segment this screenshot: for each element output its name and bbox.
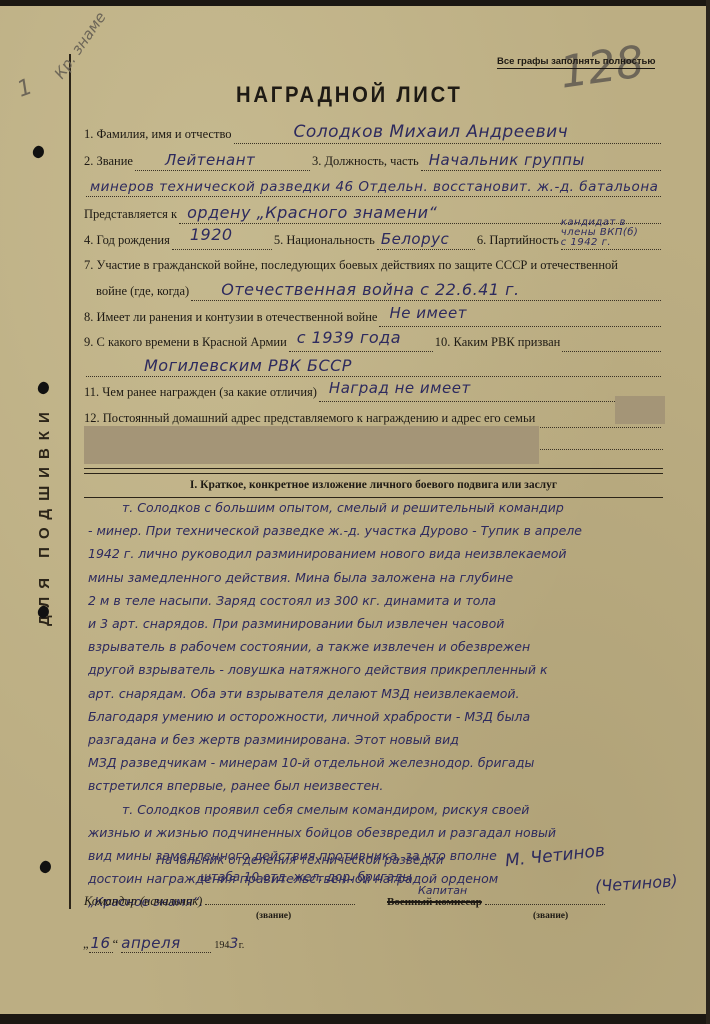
date-g: г. bbox=[239, 940, 244, 951]
field-label: 1. Фамилия, имя и отчество bbox=[84, 127, 232, 144]
commissar-row: Военный комиссар bbox=[387, 894, 605, 909]
field-label: Представляется к bbox=[84, 207, 177, 224]
field-position-continued: минеров технической разведки 46 Отдельн.… bbox=[84, 175, 663, 197]
field-value: Начальник группы bbox=[429, 151, 585, 169]
field-value: Лейтенант bbox=[165, 151, 255, 169]
field-label: войне (где, когда) bbox=[96, 284, 189, 301]
scan-edge bbox=[706, 0, 710, 1024]
date-row: „16“ апреля 1943г. bbox=[83, 934, 244, 953]
signer-position-line2: штаба 10 отд. жел. дор. бригады bbox=[200, 870, 412, 884]
field-label: 11. Чем ранее награжден (за какие отличи… bbox=[84, 385, 317, 402]
field-value: Отечественная война с 22.6.41 г. bbox=[221, 280, 519, 299]
field-label: 6. Партийность bbox=[477, 233, 559, 250]
binding-margin-line bbox=[69, 54, 71, 909]
field-home-address: 12. Постоянный домашний адрес представля… bbox=[84, 406, 663, 428]
field-label: 2. Звание bbox=[84, 154, 133, 171]
punch-hole-icon bbox=[38, 859, 54, 875]
rank-caption-right: (звание) bbox=[533, 911, 568, 921]
field-value: Не имеет bbox=[389, 304, 467, 322]
field-label: 8. Имеет ли ранения и контузии в отечест… bbox=[84, 310, 377, 327]
commissar-label-struck: Военный комиссар bbox=[387, 896, 482, 908]
field-value: кандидат в члены ВКП(б) с 1942 г. bbox=[561, 218, 647, 248]
field-label: 7. Участие в гражданской войне, последую… bbox=[84, 258, 618, 275]
redacted-address-block bbox=[615, 396, 665, 424]
address-line bbox=[540, 449, 663, 450]
rank-caption-left: (звание) bbox=[256, 911, 291, 921]
field-value: минеров технической разведки 46 Отдельн.… bbox=[90, 179, 658, 195]
narrative-line: мины замедленного действия. Мина была за… bbox=[88, 566, 678, 589]
document-title: НАГРАДНОЙ ЛИСТ bbox=[236, 82, 463, 108]
narrative-line: взрыватель в рабочем состоянии, а также … bbox=[88, 635, 678, 658]
narrative-line: - минер. При технической разведке ж.-д. … bbox=[88, 519, 678, 542]
narrative-line: встретился впервые, ранее был неизвестен… bbox=[88, 774, 678, 797]
narrative-line: т. Солодков проявил себя смелым командир… bbox=[88, 798, 678, 821]
narrative-line: МЗД разведчикам - минерам 10-й отдельной… bbox=[88, 751, 678, 774]
commander-row: Командир (начальник) bbox=[84, 894, 355, 909]
field-label: 4. Год рождения bbox=[84, 233, 170, 250]
field-war-participation-cont: войне (где, когда) Отечественная война с… bbox=[96, 279, 663, 301]
pencil-mark-note: Кр. знаме bbox=[51, 9, 110, 83]
field-conscription-office: Могилевским РВК БССР bbox=[84, 355, 663, 377]
section-divider-top-2 bbox=[84, 473, 663, 474]
field-value: Солодков Михаил Андреевич bbox=[294, 122, 569, 142]
narrative-line: другой взрыватель - ловушка натяжного де… bbox=[88, 658, 678, 681]
field-value: Могилевским РВК БССР bbox=[144, 356, 352, 375]
field-wounds: 8. Имеет ли ранения и контузии в отечест… bbox=[84, 305, 663, 327]
field-value: 1920 bbox=[190, 225, 233, 244]
field-value: Наград не имеет bbox=[329, 379, 471, 397]
binding-label: ДЛЯ ПОДШИВКИ bbox=[36, 366, 53, 626]
field-previous-awards: 11. Чем ранее награжден (за какие отличи… bbox=[84, 380, 663, 402]
narrative-line: и 3 арт. снарядов. При разминировании бы… bbox=[88, 612, 678, 635]
field-war-participation: 7. Участие в гражданской войне, последую… bbox=[84, 253, 663, 275]
narrative-line: разгадана и без жертв разминирована. Это… bbox=[88, 728, 678, 751]
field-label: 9. С какого времени в Красной Армии bbox=[84, 335, 287, 352]
date-month: апреля bbox=[121, 934, 180, 952]
field-army-since: 9. С какого времени в Красной Армии с 19… bbox=[84, 330, 663, 352]
field-rank-position: 2. Звание Лейтенант 3. Должность, часть … bbox=[84, 149, 663, 171]
narrative-line: т. Солодков с большим опытом, смелый и р… bbox=[88, 496, 678, 519]
field-value: Белорус bbox=[381, 230, 449, 248]
date-day: 16 bbox=[91, 934, 111, 952]
section-divider-top bbox=[84, 468, 663, 469]
field-full-name: 1. Фамилия, имя и отчество Солодков Миха… bbox=[84, 122, 663, 144]
field-value: с 1939 года bbox=[297, 328, 401, 347]
date-year-suffix: 3 bbox=[229, 936, 238, 952]
narrative-line: 2 м в теле насыпи. Заряд состоял из 300 … bbox=[88, 589, 678, 612]
date-year-prefix: 194 bbox=[214, 940, 229, 951]
field-label: 3. Должность, часть bbox=[312, 154, 419, 171]
narrative-line: Благодаря умению и осторожности, личной … bbox=[88, 705, 678, 728]
signer-position-line1: Начальник отделения технической разведки bbox=[156, 853, 444, 867]
punch-hole-icon bbox=[31, 144, 47, 160]
redacted-address-block bbox=[84, 426, 539, 464]
pencil-mark-number: 1 bbox=[14, 74, 36, 102]
field-value: ордену „Красного знамени“ bbox=[187, 203, 437, 222]
narrative-line: жизнью и жизнью подчиненных бойцов обезв… bbox=[88, 821, 678, 844]
narrative-line: 1942 г. лично руководил разминированием … bbox=[88, 542, 678, 565]
field-label: 5. Национальность bbox=[274, 233, 375, 250]
award-sheet: ДЛЯ ПОДШИВКИ 1 Кр. знаме 128 Все графы з… bbox=[0, 6, 706, 1014]
fill-all-fields-notice: Все графы заполнять полностью bbox=[497, 56, 655, 69]
section-title: I. Краткое, конкретное изложение личного… bbox=[84, 479, 663, 491]
field-label: 10. Каким РВК призван bbox=[435, 335, 561, 352]
field-birth-nationality-party: 4. Год рождения 1920 5. Национальность Б… bbox=[84, 228, 663, 250]
commander-label: Командир (начальник) bbox=[84, 894, 202, 908]
narrative-line: арт. снарядам. Оба эти взрывателя делают… bbox=[88, 682, 678, 705]
